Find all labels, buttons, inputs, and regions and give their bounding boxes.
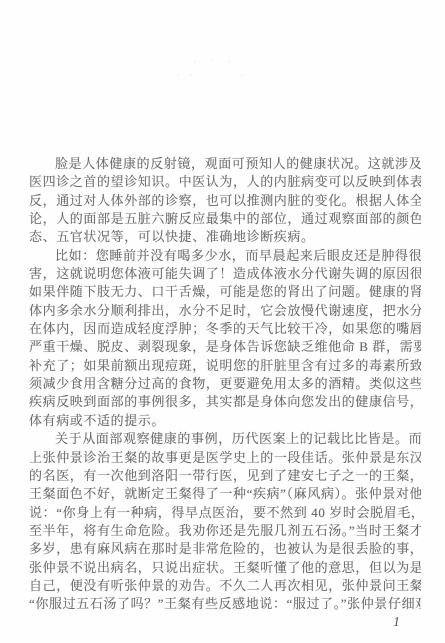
body-text-block: 脸是人体健康的反射镜，观面可预知人的健康状况。这就涉及到中医四诊之首的望诊知识。… <box>29 155 421 614</box>
text-line: 体内多余水分顺利排出，水分不足时，它会放慢代谢速度，把水分囤积 <box>29 302 421 320</box>
text-line: 反，通过对人体外部的诊察，也可以推测内脏的变化。根据人体全息理 <box>29 192 421 210</box>
text-line: 自己，便没有听张仲景的劝告。不久二人再次相见，张仲景问王粲： <box>29 577 421 595</box>
text-line: 王粲面色不好，就断定王粲得了一种“疾病”（麻风病）。张仲景对他 <box>29 485 421 503</box>
faded-header-row: ·· ˙ · <box>170 69 260 82</box>
text-line: 如果伴随下肢无力、口干舌燥，可能是您的肾出了问题。健康的肾能将 <box>29 283 421 301</box>
page-number: 1 <box>393 615 400 631</box>
text-line: 体有病或不适的提示。 <box>29 412 421 430</box>
text-line: “你服过五石汤了吗？”王粲有些反感地说：“服过了。”张仲景仔细观察 <box>29 595 421 613</box>
text-line: 须减少食用含糖分过高的食物，更要避免用太多的酒精。类似这些身体 <box>29 375 421 393</box>
faded-header-row: · ˙ · <box>170 56 260 69</box>
text-line: 补充了；如果前额出现痘斑，说明您的肝脏里含有过多的毒素所致，必 <box>29 357 421 375</box>
text-line: 比如：您睡前并没有喝多少水，而早晨起来后眼皮还是肿得很厉 <box>29 247 421 265</box>
text-line: 害，这就说明您体液可能失调了！造成体液水分代谢失调的原因很多， <box>29 265 421 283</box>
text-line: 态、五官状况等，可以快捷、准确地诊断疾病。 <box>29 228 421 246</box>
text-line: 严重干燥、脱皮、剥裂现象，是身体告诉您缺乏维他命 B 群，需要加以 <box>29 338 421 356</box>
text-line: 说：“你身上有一种病，得早点医治，要不然到 40 岁时会脱眉毛，脱眉 <box>29 504 421 522</box>
text-line: 多岁，患有麻风病在那时是非常危险的，也被认为是很丢脸的事，所以 <box>29 540 421 558</box>
text-line: 疾病反映到面部的事例很多，其实都是身体向您发出的健康信号，是身 <box>29 393 421 411</box>
text-line: 上张仲景诊治王粲的故事更是医学史上的一段佳话。张仲景是东汉时期 <box>29 449 421 467</box>
text-line: 至半年，将有生命危险。我劝你还是先服几剂五石汤。”当时王粲才 20 <box>29 522 421 540</box>
text-line: 张仲景不说出病名，只说出症状。王粲听懂了他的意思，但以为是吓唬 <box>29 559 421 577</box>
faded-header-marks: · ˙ · ·· ˙ · <box>170 56 260 96</box>
text-line: 脸是人体健康的反射镜，观面可预知人的健康状况。这就涉及到中 <box>29 155 421 173</box>
scanned-book-page: · ˙ · ·· ˙ · 脸是人体健康的反射镜，观面可预知人的健康状况。这就涉及… <box>0 0 445 643</box>
text-line: 论，人的面部是五脏六腑反应最集中的部位，通过观察面部的颜色、形 <box>29 210 421 228</box>
text-line: 关于从面部观察健康的事例，历代医案上的记载比比皆是。而历史 <box>29 430 421 448</box>
text-line: 的名医，有一次他到洛阳一带行医，见到了建安七子之一的王粲，他见 <box>29 467 421 485</box>
text-line: 在体内，因而造成轻度浮肿；冬季的天气比较干冷，如果您的嘴唇出现 <box>29 320 421 338</box>
text-line: 医四诊之首的望诊知识。中医认为，人的内脏病变可以反映到体表，相 <box>29 173 421 191</box>
